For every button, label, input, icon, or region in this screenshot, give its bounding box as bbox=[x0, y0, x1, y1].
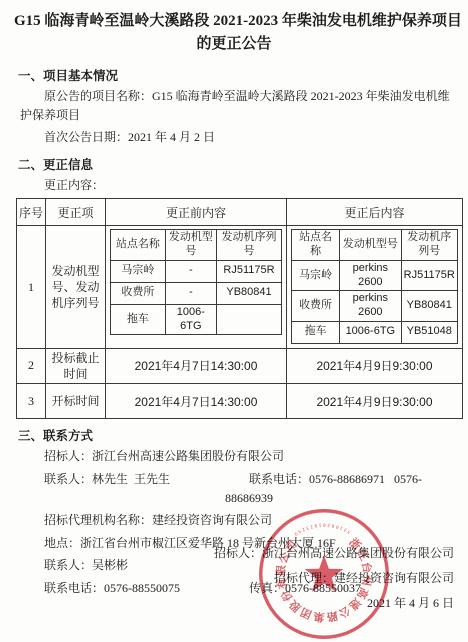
page-title-line2: 的更正公告 bbox=[14, 33, 454, 56]
col-header-no: 序号 bbox=[17, 199, 46, 226]
contact-phone-line: 联系人：林先生 王先生 联系电话：0576-88686971 0576-8868… bbox=[20, 470, 460, 509]
row1-item: 发动机型号、发动机序列号 bbox=[46, 226, 106, 349]
inner-row: 拖车 1006-6TG YB51048 bbox=[292, 321, 458, 343]
row2-before: 2021年4月7日14:30:00 bbox=[106, 348, 287, 383]
page-title: G15 临海青岭至温岭大溪路段 2021-2023 年柴油发电机维护保养项目 的… bbox=[0, 0, 468, 59]
correction-content-label: 更正内容： bbox=[20, 176, 460, 195]
table-row-engine: 1 发动机型号、发动机序列号 站点名称 发动机型号 发动机序列号 马宗岭 - bbox=[17, 226, 463, 349]
inner-col-station: 站点名称 bbox=[111, 230, 166, 261]
cell-model: 1006-6TG bbox=[340, 321, 401, 343]
cell-serial: YB51048 bbox=[401, 321, 457, 343]
col-header-after: 更正后内容 bbox=[287, 199, 463, 226]
cell-model: 1006-6TG bbox=[165, 304, 216, 335]
inner-header-row: 站点名称 发动机型号 发动机序列号 bbox=[111, 230, 282, 261]
correction-table: 序号 更正项 更正前内容 更正后内容 1 发动机型号、发动机序列号 站点名称 发… bbox=[16, 198, 463, 419]
section-contact-heading: 三、联系方式 bbox=[18, 426, 460, 444]
row1-after-cell: 站点名称 发动机型号 发动机序列号 马宗岭 perkins 2600 RJ511… bbox=[287, 226, 463, 349]
cell-serial: YB80841 bbox=[217, 282, 282, 304]
row3-no: 3 bbox=[17, 384, 46, 419]
row1-no: 1 bbox=[17, 226, 46, 349]
original-project-name: 原公告的项目名称：G15 临海青岭至温岭大溪路段 2021-2023 年柴油发电… bbox=[20, 87, 460, 126]
inner-row: 拖车 1006-6TG bbox=[111, 304, 282, 335]
row2-after: 2021年4月9日9:30:00 bbox=[287, 348, 463, 383]
cell-serial: RJ51175R bbox=[401, 260, 457, 291]
inner-header-row: 站点名称 发动机型号 发动机序列号 bbox=[292, 230, 458, 261]
table-row-bid-deadline: 2 投标截止时间 2021年4月7日14:30:00 2021年4月9日9:30… bbox=[17, 348, 463, 383]
cell-station: 马宗岭 bbox=[292, 260, 340, 291]
after-inner-table: 站点名称 发动机型号 发动机序列号 马宗岭 perkins 2600 RJ511… bbox=[291, 229, 458, 344]
cell-station: 拖车 bbox=[292, 321, 340, 343]
scanned-announcement-page: G15 临海青岭至温岭大溪路段 2021-2023 年柴油发电机维护保养项目 的… bbox=[0, 0, 468, 642]
signature-block: 招标人：浙江台州高速公路集团股份有限公司 招标代理：建经投资咨询有限公司 202… bbox=[214, 541, 454, 617]
cell-serial: RJ51175R bbox=[217, 260, 282, 282]
inner-row: 收费所 - YB80841 bbox=[111, 282, 282, 304]
row3-before: 2021年4月7日14:30:00 bbox=[106, 384, 287, 419]
inner-col-engine-serial: 发动机序列号 bbox=[401, 230, 457, 261]
contact-persons: 联系人：林先生 王先生 bbox=[20, 470, 225, 509]
inner-row: 马宗岭 - RJ51175R bbox=[111, 260, 282, 282]
inner-row: 马宗岭 perkins 2600 RJ51175R bbox=[292, 260, 458, 291]
first-announcement-date: 首次公告日期：2021 年 4 月 2 日 bbox=[20, 128, 460, 147]
inner-col-engine-model: 发动机型号 bbox=[165, 230, 216, 261]
cell-serial bbox=[217, 304, 282, 335]
row2-item: 投标截止时间 bbox=[46, 348, 106, 383]
section-correction-heading: 二、更正信息 bbox=[18, 155, 460, 173]
inner-row: 收费所 perkins 2600 YB80841 bbox=[292, 291, 458, 322]
section-basic-info-heading: 一、项目基本情况 bbox=[18, 66, 460, 84]
section-basic-info: 一、项目基本情况 原公告的项目名称：G15 临海青岭至温岭大溪路段 2021-2… bbox=[20, 66, 460, 148]
cell-model: - bbox=[165, 282, 216, 304]
table-row-bid-opening: 3 开标时间 2021年4月7日14:30:00 2021年4月9日9:30:0… bbox=[17, 384, 463, 419]
inner-col-engine-model: 发动机型号 bbox=[340, 230, 401, 261]
cell-station: 拖车 bbox=[111, 304, 166, 335]
section-correction: 二、更正信息 更正内容： 序号 更正项 更正前内容 更正后内容 1 发动机型号、… bbox=[20, 155, 460, 419]
col-header-item: 更正项 bbox=[46, 199, 106, 226]
inner-col-engine-serial: 发动机序列号 bbox=[217, 230, 282, 261]
row2-no: 2 bbox=[17, 348, 46, 383]
tenderer-line: 招标人：浙江台州高速公路集团股份有限公司 bbox=[20, 447, 460, 466]
cell-model: perkins 2600 bbox=[340, 291, 401, 322]
cell-station: 马宗岭 bbox=[111, 260, 166, 282]
agency-line: 招标代理机构名称：建经投资咨询有限公司 bbox=[20, 511, 460, 530]
signature-date: 2021 年 4 月 6 日 bbox=[214, 591, 454, 616]
page-title-line1: G15 临海青岭至温岭大溪路段 2021-2023 年柴油发电机维护保养项目 bbox=[14, 10, 454, 33]
row3-after: 2021年4月9日9:30:00 bbox=[287, 384, 463, 419]
cell-station: 收费所 bbox=[111, 282, 166, 304]
cell-model: perkins 2600 bbox=[340, 260, 401, 291]
agency-phone: 联系电话：0576-88550075 bbox=[20, 579, 225, 598]
correction-table-header-row: 序号 更正项 更正前内容 更正后内容 bbox=[17, 199, 463, 226]
contact-phone: 联系电话：0576-88686971 0576-88686939 bbox=[225, 470, 460, 509]
inner-col-station: 站点名称 bbox=[292, 230, 340, 261]
before-inner-table: 站点名称 发动机型号 发动机序列号 马宗岭 - RJ51175R 收费所 - bbox=[110, 229, 282, 335]
cell-station: 收费所 bbox=[292, 291, 340, 322]
row1-before-cell: 站点名称 发动机型号 发动机序列号 马宗岭 - RJ51175R 收费所 - bbox=[106, 226, 287, 349]
signature-agency: 招标代理：建经投资咨询有限公司 bbox=[214, 566, 454, 591]
signature-tenderer: 招标人：浙江台州高速公路集团股份有限公司 bbox=[214, 541, 454, 566]
col-header-before: 更正前内容 bbox=[106, 199, 287, 226]
row3-item: 开标时间 bbox=[46, 384, 106, 419]
cell-model: - bbox=[165, 260, 216, 282]
cell-serial: YB80841 bbox=[401, 291, 457, 322]
